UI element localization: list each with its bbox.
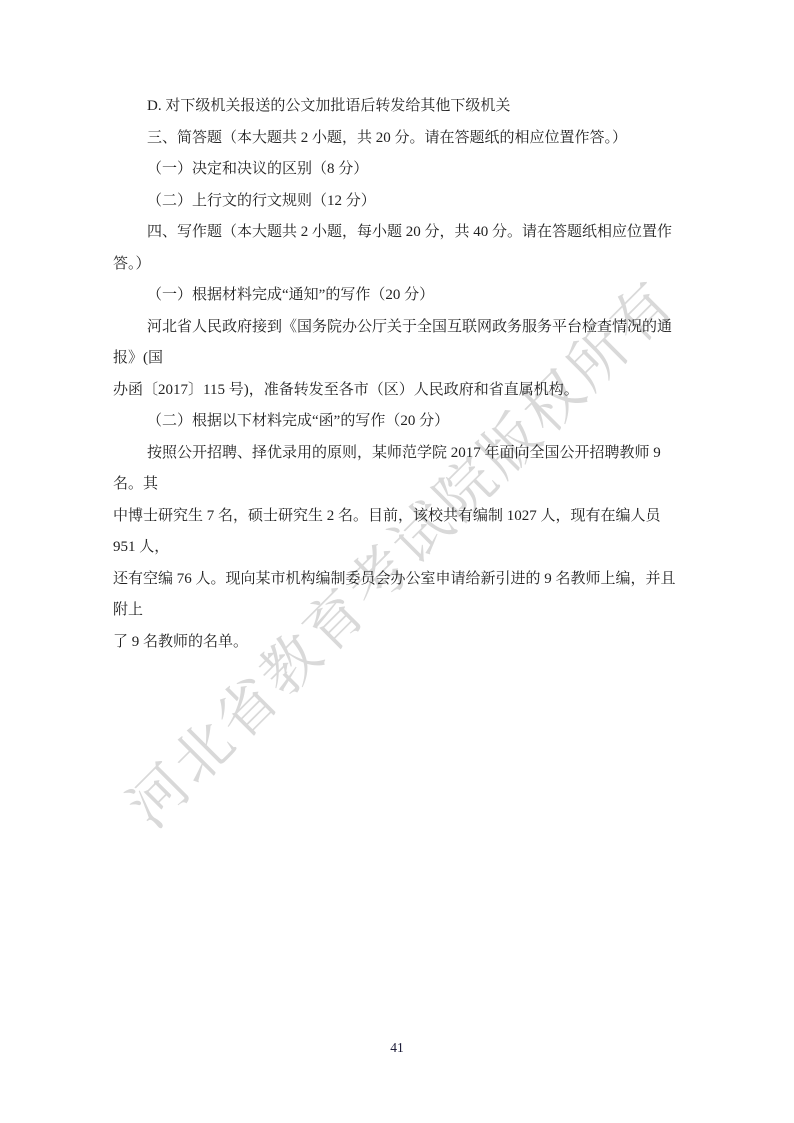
text-line-6: （一）根据材料完成“通知”的写作（20 分）: [113, 280, 685, 312]
text-line-1: D. 对下级机关报送的公文加批语后转发给其他下级机关: [113, 91, 685, 123]
text-line-11: 中博士研究生 7 名，硕士研究生 2 名。目前，该校共有编制 1027 人，现有…: [113, 501, 685, 564]
document-body: D. 对下级机关报送的公文加批语后转发给其他下级机关三、简答题（本大题共 2 小…: [113, 91, 685, 658]
text-line-7: 河北省人民政府接到《国务院办公厅关于全国互联网政务服务平台检查情况的通报》(国: [113, 312, 685, 375]
text-line-9: （二）根据以下材料完成“函”的写作（20 分）: [113, 406, 685, 438]
text-line-10: 按照公开招聘、择优录用的原则，某师范学院 2017 年面向全国公开招聘教师 9 …: [113, 438, 685, 501]
text-line-8: 办函〔2017〕115 号)，准备转发至各市（区）人民政府和省直属机构。: [113, 375, 685, 407]
text-line-12: 还有空编 76 人。现向某市机构编制委员会办公室申请给新引进的 9 名教师上编，…: [113, 564, 685, 627]
text-line-2: 三、简答题（本大题共 2 小题，共 20 分。请在答题纸的相应位置作答。）: [113, 123, 685, 155]
document-page: 河北省教育考试院版权所有 D. 对下级机关报送的公文加批语后转发给其他下级机关三…: [0, 0, 794, 1123]
text-line-13: 了 9 名教师的名单。: [113, 627, 685, 659]
page-number: 41: [0, 1040, 794, 1056]
text-line-3: （一）决定和决议的区别（8 分）: [113, 154, 685, 186]
text-line-5: 四、写作题（本大题共 2 小题，每小题 20 分，共 40 分。请在答题纸相应位…: [113, 217, 685, 280]
text-line-4: （二）上行文的行文规则（12 分）: [113, 186, 685, 218]
